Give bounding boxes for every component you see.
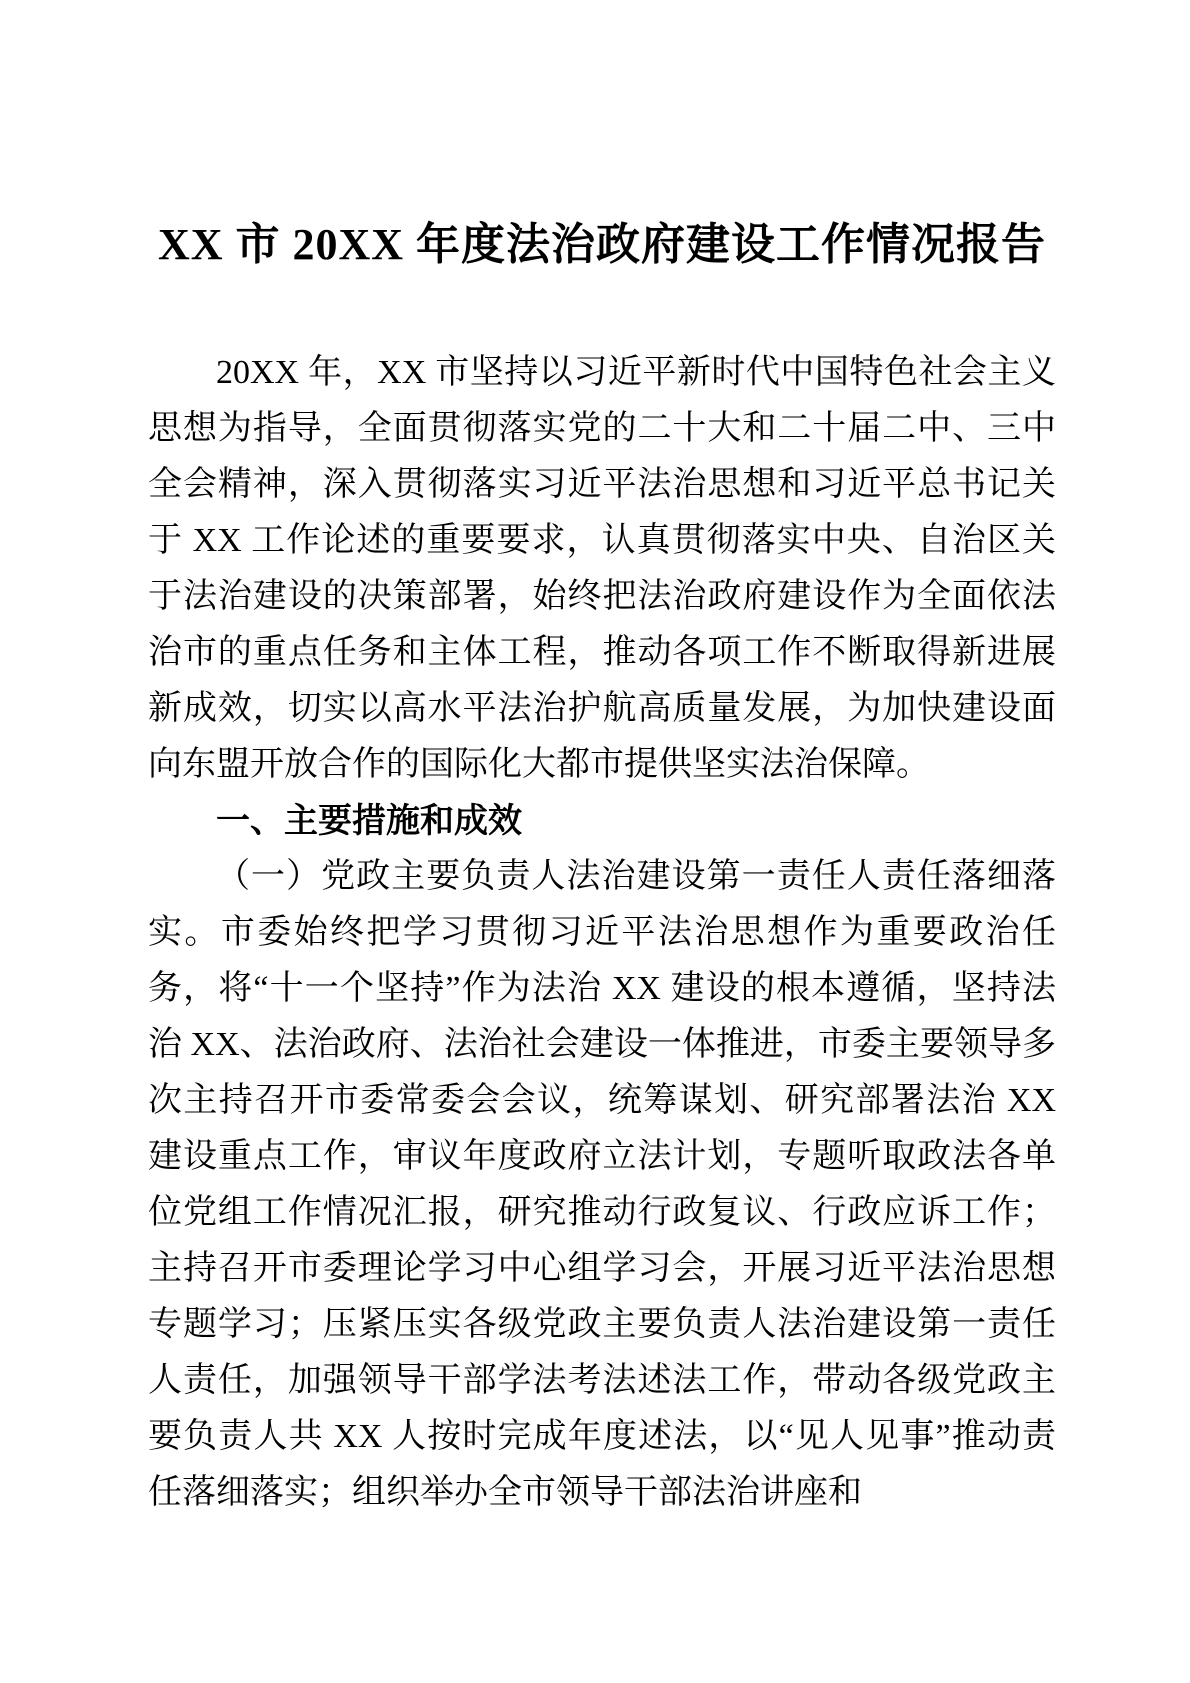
paragraph-intro: 20XX 年，XX 市坚持以习近平新时代中国特色社会主义思想为指导，全面贯彻落实… [148, 345, 1056, 793]
paragraph-section-one: （一）党政主要负责人法治建设第一责任人责任落细落实。市委始终把学习贯彻习近平法治… [148, 849, 1056, 1521]
document-page: XX 市 20XX 年度法治政府建设工作情况报告 20XX 年，XX 市坚持以习… [0, 0, 1190, 1683]
document-title: XX 市 20XX 年度法治政府建设工作情况报告 [148, 215, 1056, 275]
section-heading-main-measures: 一、主要措施和成效 [148, 793, 1056, 849]
